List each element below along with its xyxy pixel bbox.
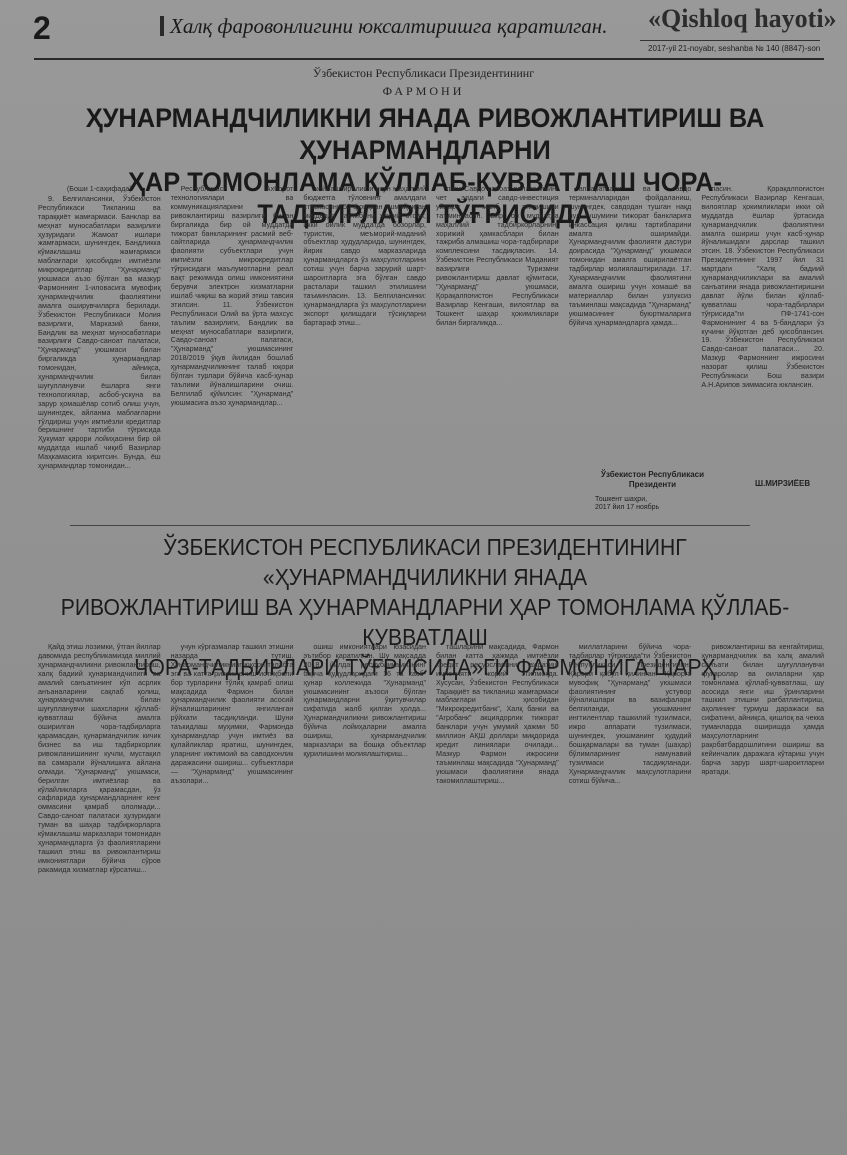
bookmark-icon [160, 16, 164, 36]
signing-date: 2017 йил 17 ноябрь [595, 504, 659, 512]
column-text: ташларини мақсадида, Фармон билан катта … [436, 643, 559, 786]
slogan: Халқ фаровонлигини юксалтиришга қаратилг… [160, 14, 607, 39]
commentary-column-3: ошиш имкониятлари юзасидан эътибор қарат… [303, 643, 426, 1113]
newspaper-page: 2 Халқ фаровонлигини юксалтиришга қарати… [0, 0, 847, 1155]
decree-issuer: Ўзбекистон Республикаси Президентининг [0, 66, 847, 81]
signing-place: Тошкент шаҳри, [595, 496, 659, 504]
newspaper-name: «Qishloq hayoti» [648, 4, 837, 34]
signatory-title: Ўзбекистон Республикаси Президенти [595, 470, 710, 490]
column-text: Қайд этиш лозимки, ўтган йиллар давомида… [38, 643, 161, 875]
section-divider [70, 525, 750, 526]
commentary-column-5: миллатларини бўйича чора-тадбирлар тўғри… [569, 643, 692, 1113]
column-text: пасин. Қорақалпоғистон Республикаси Вази… [701, 185, 824, 390]
decree-column-6: пасин. Қорақалпоғистон Республикаси Вази… [701, 185, 824, 465]
commentary-column-6: ривожлантириш ва кенгайтириш, ҳунармандч… [701, 643, 824, 1073]
commentary-column-2: учун кўргазмалар ташкил этишни назарда т… [171, 643, 294, 1113]
header-rule [34, 58, 824, 60]
column-text: жойлаштирилиши учун маҳаллий бюджетга тў… [303, 185, 426, 328]
masthead-divider [640, 40, 820, 41]
commentary-headline-line-1: ЎЗБЕКИСТОН РЕСПУБЛИКАСИ ПРЕЗИДЕНТИНИНГ «… [52, 532, 797, 592]
issue-dateline: 2017-yil 21-noyabr, seshanba № 140 (8847… [648, 44, 820, 53]
signatory-name: Ш.МИРЗИЁЕВ [755, 479, 810, 488]
column-text: аппаратлари ва савдо терминалларидан фой… [569, 185, 692, 328]
column-text: учун кўргазмалар ташкил этишни назарда т… [171, 643, 294, 786]
decree-column-1: (Боши 1-саҳифада) 9. Белгилансинки, Ўзбе… [38, 185, 161, 503]
signing-place-date: Тошкент шаҳри, 2017 йил 17 ноябрь [595, 496, 659, 512]
page-number: 2 [33, 10, 51, 47]
continued-note: (Боши 1-саҳифада) [38, 185, 161, 194]
commentary-body: Қайд этиш лозимки, ўтган йиллар давомида… [38, 643, 824, 1113]
column-text: Республикаси Ахборот технологиялари ва к… [171, 185, 294, 408]
decree-signature: Ўзбекистон Республикаси Президенти Ш.МИР… [595, 470, 825, 520]
decree-column-4: лиғи Савдо-саноат палатасининг чет элдаг… [436, 185, 559, 503]
decree-headline-line-1: ҲУНАРМАНДЧИЛИКНИ ЯНАДА РИВОЖЛАНТИРИШ ВА … [54, 102, 797, 166]
decree-column-5: аппаратлари ва савдо терминалларидан фой… [569, 185, 692, 465]
column-text: 9. Белгилансинки, Ўзбекистон Республикас… [38, 195, 161, 471]
column-text: лиғи Савдо-саноат палатасининг чет элдаг… [436, 185, 559, 328]
signatory-org: Ўзбекистон Республикаси [595, 470, 710, 480]
column-text: ривожлантириш ва кенгайтириш, ҳунармандч… [701, 643, 824, 777]
column-text: ошиш имкониятлари юзасидан эътибор қарат… [303, 643, 426, 759]
column-text: миллатларини бўйича чора-тадбирлар тўғри… [569, 643, 692, 786]
decree-type: ФАРМОНИ [0, 84, 847, 99]
commentary-column-1: Қайд этиш лозимки, ўтган йиллар давомида… [38, 643, 161, 1113]
decree-column-3: жойлаштирилиши учун маҳаллий бюджетга тў… [303, 185, 426, 503]
slogan-text: Халқ фаровонлигини юксалтиришга қаратилг… [170, 14, 607, 38]
commentary-column-4: ташларини мақсадида, Фармон билан катта … [436, 643, 559, 1113]
decree-column-2: Республикаси Ахборот технологиялари ва к… [171, 185, 294, 503]
decree-body: (Боши 1-саҳифада) 9. Белгилансинки, Ўзбе… [38, 185, 824, 503]
signatory-role: Президенти [595, 480, 710, 490]
